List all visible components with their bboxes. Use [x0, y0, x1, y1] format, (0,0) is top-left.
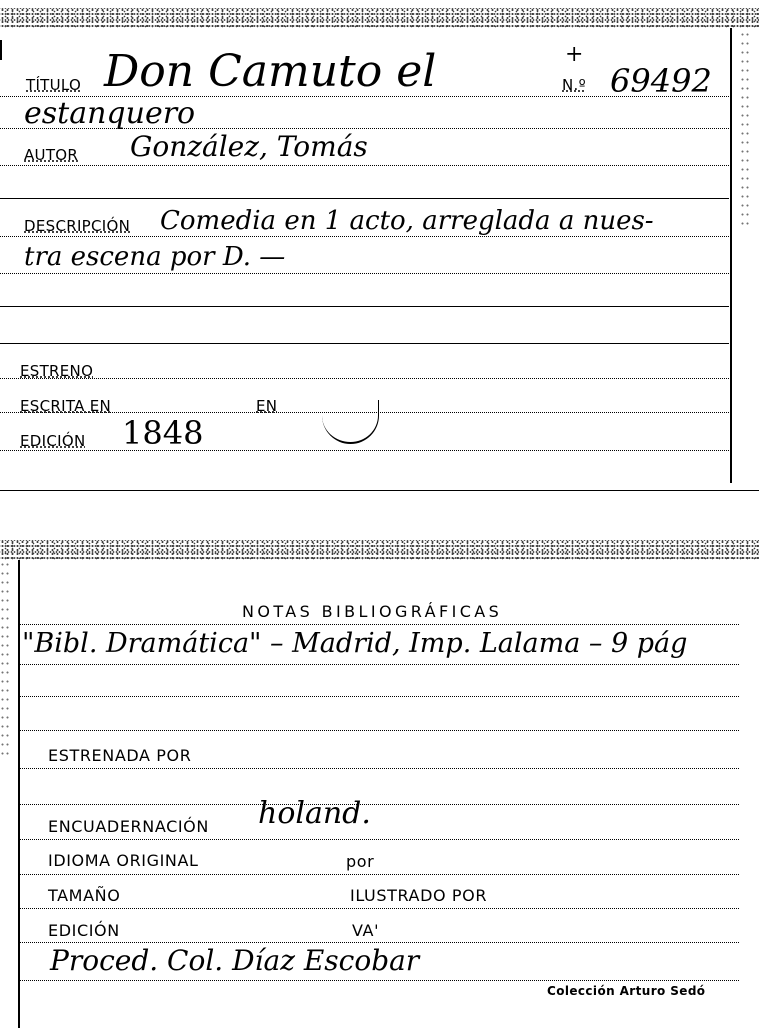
blank-rule-4	[18, 804, 739, 805]
notas-rule-2	[18, 664, 739, 665]
stamp-arc	[322, 400, 379, 444]
edicion-rule	[0, 450, 729, 451]
encuadernacion-value: holand.	[258, 796, 371, 831]
en-label: EN	[256, 397, 277, 415]
estreno-label: ESTRENO	[20, 362, 93, 380]
catalog-card-back: NOTAS BIBLIOGRÁFICAS "Bibl. Dramática" –…	[0, 540, 759, 1028]
descripcion-rule	[0, 236, 729, 237]
por-label: por	[346, 852, 374, 871]
tamano-label: TAMAÑO	[48, 886, 120, 905]
titulo-value: Don Camuto el	[104, 46, 436, 97]
estrenada-por-label: ESTRENADA POR	[48, 746, 191, 765]
titulo-value-line2: estanquero	[24, 96, 195, 131]
autor-label: AUTOR	[24, 146, 78, 164]
descripcion-label: DESCRIPCIÓN	[24, 217, 130, 235]
scan-noise-top-2	[0, 540, 759, 560]
notas-rule-4	[18, 730, 739, 731]
notas-rule-3	[18, 696, 739, 697]
notas-value: "Bibl. Dramática" – Madrid, Imp. Lalama …	[22, 628, 687, 659]
estrenada-rule	[18, 768, 739, 769]
numero-mark: +	[565, 42, 583, 67]
blank-rule-2	[0, 306, 729, 307]
encuadernacion-rule	[18, 839, 739, 840]
tamano-rule	[18, 908, 739, 909]
scan-noise-right	[740, 30, 750, 230]
scan-noise-left	[0, 560, 10, 760]
descripcion-value: Comedia en 1 acto, arreglada a nues-	[160, 206, 654, 236]
blank-rule-3	[0, 343, 729, 344]
autor-rule	[0, 165, 729, 166]
scan-noise-top	[0, 8, 759, 28]
escrita-en-label: ESCRITA EN	[20, 397, 111, 415]
procedencia-rule	[18, 980, 739, 981]
descripcion-value-line2: tra escena por D. —	[24, 242, 285, 272]
card-bottom-edge	[0, 490, 759, 491]
estreno-rule	[0, 378, 729, 379]
card-left-border-2	[18, 560, 20, 1028]
blank-rule-1	[0, 198, 729, 199]
card-right-border	[730, 28, 732, 483]
idioma-original-label: IDIOMA ORIGINAL	[48, 851, 199, 870]
descripcion-rule-2	[0, 273, 729, 274]
numero-label: N.º	[562, 76, 586, 94]
collection-footer: Colección Arturo Sedó	[547, 984, 705, 998]
edicion-label-2: EDICIÓN	[48, 921, 120, 940]
autor-value: González, Tomás	[130, 130, 368, 163]
idioma-rule	[18, 874, 739, 875]
procedencia-value: Proced. Col. Díaz Escobar	[50, 944, 419, 977]
titulo-label: TÍTULO	[26, 76, 81, 94]
card-left-border	[0, 40, 2, 60]
edicion-label: EDICIÓN	[20, 432, 85, 450]
ilustrado-por-label: ILUSTRADO POR	[350, 886, 487, 905]
edicion-value: 1848	[122, 414, 203, 452]
numero-value: 69492	[610, 62, 712, 100]
catalog-card-front: TÍTULO Don Camuto el + N.º 69492 estanqu…	[0, 0, 759, 495]
encuadernacion-label: ENCUADERNACIÓN	[48, 817, 209, 836]
va-label: VA'	[352, 921, 379, 940]
notas-heading: NOTAS BIBLIOGRÁFICAS	[242, 602, 502, 621]
edicion-rule-2	[18, 942, 739, 943]
notas-rule-1	[18, 624, 739, 625]
